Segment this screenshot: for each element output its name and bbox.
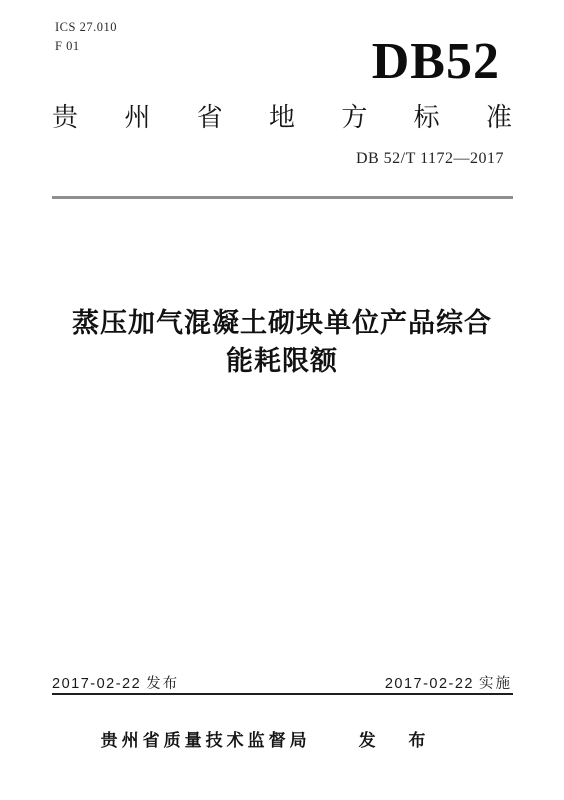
standard-cover-page: ICS 27.010 F 01 DB52 贵 州 省 地 方 标 准 DB 52… [0, 0, 564, 800]
dates-row: 2017-02-22 发布 2017-02-22 实施 [52, 672, 512, 693]
document-title-line2: 能耗限额 [0, 342, 564, 380]
publisher-name: 贵州省质量技术监督局 [101, 726, 311, 751]
implement-date-group: 2017-02-22 实施 [385, 672, 512, 693]
issue-date: 2017-02-22 [52, 676, 141, 692]
ics-code: ICS 27.010 [55, 18, 117, 37]
document-title-line1: 蒸压加气混凝土砌块单位产品综合 [0, 304, 564, 342]
issue-date-group: 2017-02-22 发布 [52, 672, 179, 693]
standard-type-char: 标 [414, 101, 440, 133]
db52-logo: DB52 [372, 36, 500, 88]
document-number: DB 52/T 1172—2017 [356, 150, 504, 168]
standard-type-char: 贵 [52, 101, 78, 133]
footer-divider-line [52, 693, 513, 695]
standard-type-char: 方 [341, 101, 367, 133]
implement-date: 2017-02-22 [385, 676, 474, 692]
standard-type-char: 州 [124, 101, 150, 133]
standard-type-title: 贵 州 省 地 方 标 准 [52, 101, 512, 133]
publisher-row: 贵州省质量技术监督局 发 布 [40, 726, 500, 751]
implement-date-label: 实施 [479, 672, 512, 693]
standard-type-char: 省 [197, 101, 223, 133]
document-title: 蒸压加气混凝土砌块单位产品综合 能耗限额 [0, 304, 564, 380]
header-divider-line [52, 196, 513, 199]
issue-date-label: 发布 [146, 672, 179, 693]
standard-type-char: 地 [269, 101, 295, 133]
publish-action-label: 发 布 [359, 726, 440, 751]
standard-type-char: 准 [486, 101, 512, 133]
classification-code: F 01 [55, 37, 117, 56]
ics-classification-block: ICS 27.010 F 01 [55, 18, 117, 56]
